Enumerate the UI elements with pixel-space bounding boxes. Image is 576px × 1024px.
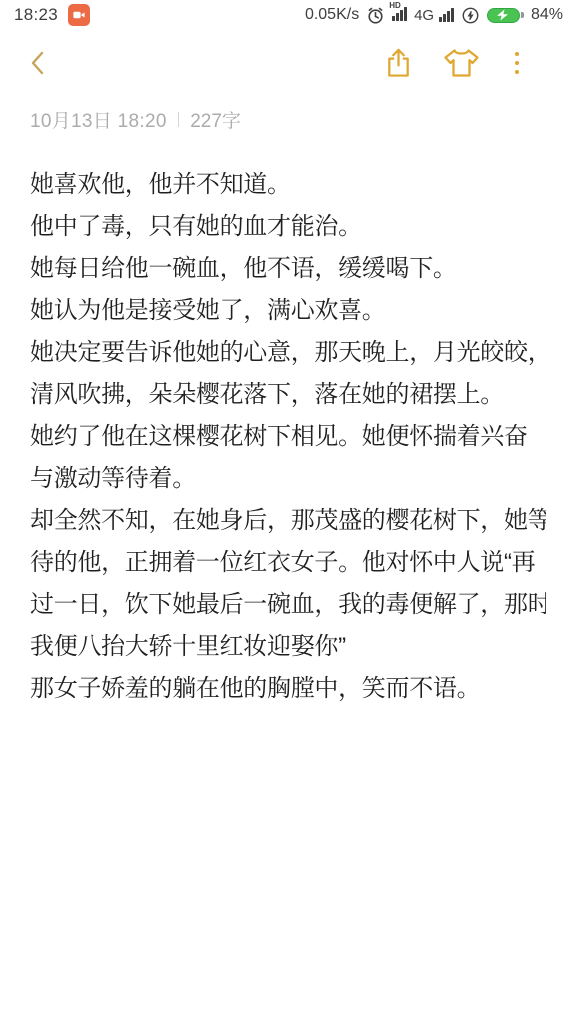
note-line: 却全然不知，在她身后，那茂盛的樱花树下，她等 xyxy=(30,500,546,542)
note-line: 她约了他在这棵樱花树下相见。她便怀揣着兴奋 xyxy=(30,416,546,458)
network-speed: 0.05K/s xyxy=(305,6,359,24)
sim2-signal-icon xyxy=(439,8,454,22)
video-camera-icon xyxy=(71,7,87,23)
ellipsis-icon xyxy=(515,52,520,57)
note-date: 10月13日 18:20 xyxy=(30,106,167,133)
word-count: 227字 xyxy=(190,106,241,133)
note-toolbar xyxy=(0,30,576,96)
notes-app-screen: 18:23 0.05K/s HD 4G xyxy=(0,0,576,1024)
hd-volte-label: HD xyxy=(389,1,401,10)
note-line: 过一日，饮下她最后一碗血，我的毒便解了，那时 xyxy=(30,584,546,626)
note-line: 那女子娇羞的躺在他的胸膛中，笑而不语。 xyxy=(30,668,546,710)
note-line: 她认为他是接受她了，满心欢喜。 xyxy=(30,290,546,332)
share-button[interactable] xyxy=(384,47,413,79)
note-line: 她每日给他一碗血，他不语，缓缓喝下。 xyxy=(30,248,546,290)
alarm-icon xyxy=(366,6,385,25)
battery-percent: 84% xyxy=(531,6,563,24)
chevron-left-icon xyxy=(26,48,50,78)
theme-button[interactable] xyxy=(443,47,480,79)
note-line: 清风吹拂，朵朵樱花落下，落在她的裙摆上。 xyxy=(30,374,546,416)
note-line: 她决定要告诉他她的心意，那天晚上，月光皎皎， xyxy=(30,332,546,374)
battery-charging-icon xyxy=(487,8,524,23)
network-type-label: 4G xyxy=(414,7,434,24)
clock-time: 18:23 xyxy=(14,5,58,25)
note-meta: 10月13日 18:20 227字 xyxy=(0,106,576,132)
back-button[interactable] xyxy=(26,48,56,78)
note-line: 与激动等待着。 xyxy=(30,458,546,500)
note-line: 我便八抬大轿十里红妆迎娶你” xyxy=(30,626,546,668)
note-line: 待的他，正拥着一位红衣女子。他对怀中人说“再 xyxy=(30,542,546,584)
power-save-icon xyxy=(461,6,480,25)
meta-divider xyxy=(178,112,180,127)
note-line: 他中了毒，只有她的血才能治。 xyxy=(30,206,546,248)
status-bar: 18:23 0.05K/s HD 4G xyxy=(0,0,576,30)
note-line: 她喜欢他，他并不知道。 xyxy=(30,164,546,206)
tshirt-icon xyxy=(443,47,480,79)
sim1-signal-icon: HD xyxy=(392,5,407,26)
screen-record-notification-icon xyxy=(68,4,90,26)
more-menu-button[interactable] xyxy=(510,50,525,77)
share-icon xyxy=(384,47,413,79)
note-content[interactable]: 她喜欢他，他并不知道。 他中了毒，只有她的血才能治。 她每日给他一碗血，他不语，… xyxy=(0,164,576,710)
